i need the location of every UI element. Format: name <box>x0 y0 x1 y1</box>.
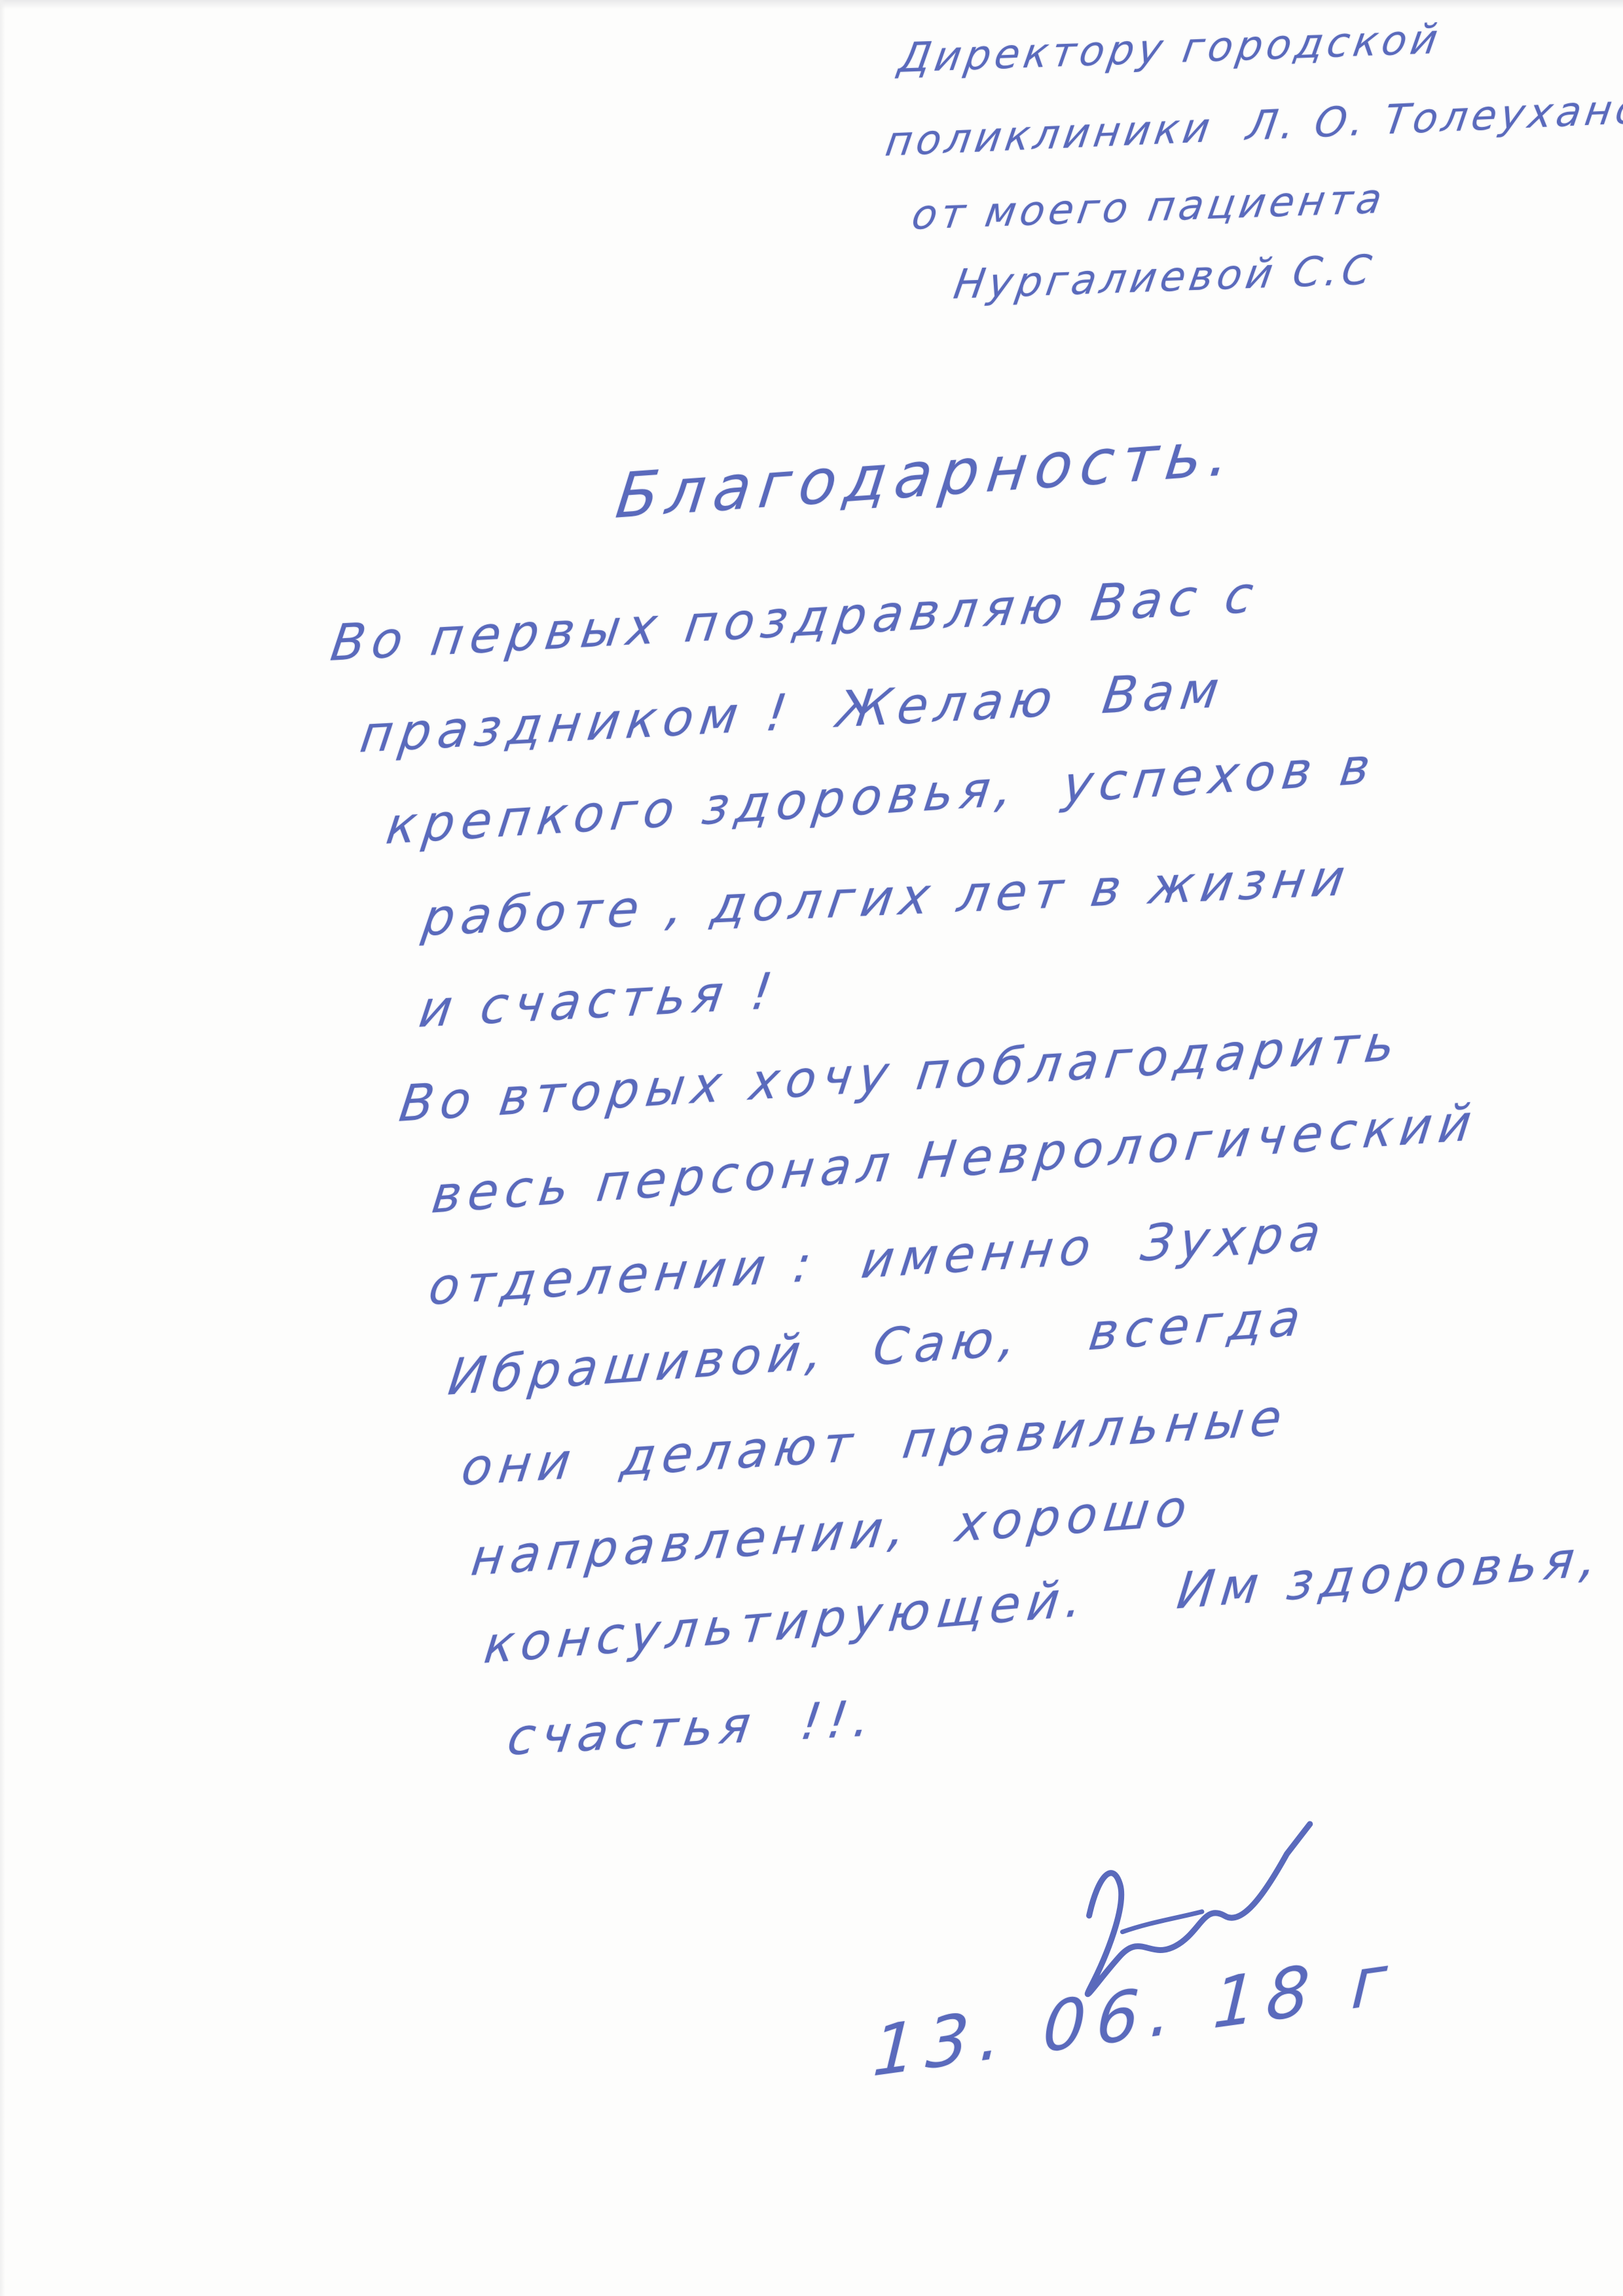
body-line: работе , долгих лет в жизни <box>419 848 1355 947</box>
header-line: от моего пациента <box>909 174 1389 239</box>
body-line: Во первых поздравляю Вас с <box>327 565 1264 672</box>
body-line: и счастья ! <box>416 961 782 1039</box>
scanned-letter-page: Директору городской поликлиники Л. О. То… <box>0 0 1623 2296</box>
header-line: Нургалиевой С.С <box>951 245 1378 308</box>
letter-title: Благодарность. <box>612 418 1241 533</box>
body-line: праздником ! Желаю Вам <box>357 660 1229 764</box>
header-line: поликлиники Л. О. Толеухановой <box>883 81 1623 166</box>
body-line: счастья !!. <box>504 1689 881 1767</box>
header-line: Директору городской <box>896 15 1445 82</box>
scan-edge-top <box>0 0 1623 9</box>
scan-edge-left <box>0 0 5 2296</box>
